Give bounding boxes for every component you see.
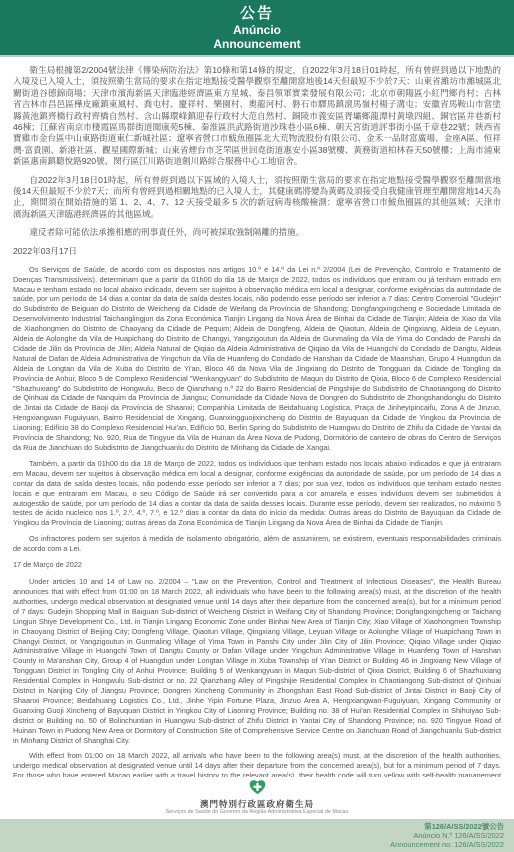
- portuguese-paragraph-3: Os infractores podem ser sujeitos à medi…: [13, 534, 501, 554]
- header-title-zh: 公告: [0, 5, 514, 23]
- announcement-number-pt: Anúncio N.º 126/A/SS/2022: [413, 831, 504, 840]
- health-bureau-logo-icon: [247, 779, 268, 798]
- chinese-date: 2022年03月17日: [13, 246, 501, 257]
- header-title-en: Announcement: [0, 37, 514, 51]
- portuguese-paragraph-2: Também, a partir da 01h00 do dia 18 de M…: [13, 459, 501, 528]
- announcement-number-zh: 第126/A/SS/2022號公告: [424, 822, 504, 831]
- portuguese-paragraph-1: Os Serviços de Saúde, de acordo com os d…: [13, 265, 501, 453]
- chinese-paragraph-3: 違反者除可能依法承擔相應的刑事責任外，尚可被採取強制隔離的措施。: [13, 227, 501, 238]
- chinese-paragraph-2: 自2022年3月18日01時起，所有曾經到過以下區域的入境人士，須按照衛生當局的…: [13, 175, 501, 221]
- announcement-number-bar: 第126/A/SS/2022號公告 Anúncio N.º 126/A/SS/2…: [0, 819, 514, 852]
- announcement-number-en: Announcement no. 126/A/SS/2022: [390, 840, 504, 849]
- announcement-body: 衛生局根據第2/2004號法律《傳染病防治法》第10條和第14條的規定，自202…: [0, 57, 514, 777]
- announcement-header: 公告 Anúncio Announcement: [0, 0, 514, 57]
- announcement-page: 公告 Anúncio Announcement 衛生局根據第2/2004號法律《…: [0, 0, 514, 852]
- chinese-paragraph-1: 衛生局根據第2/2004號法律《傳染病防治法》第10條和第14條的規定，自202…: [13, 65, 501, 168]
- health-bureau-signature: 澳門特別行政區政府衛生局 Serviços de Saúde do Govern…: [0, 777, 514, 819]
- portuguese-date: 17 de Março de 2022: [13, 560, 501, 569]
- section-english: Under articles 10 and 14 of Law no. 2/20…: [13, 577, 501, 777]
- org-name-pt: Serviços de Saúde do Governo da Região A…: [0, 809, 514, 816]
- section-portuguese: Os Serviços de Saúde, de acordo com os d…: [13, 265, 501, 569]
- header-title-pt: Anúncio: [0, 23, 514, 37]
- english-paragraph-1: Under articles 10 and 14 of Law no. 2/20…: [13, 577, 501, 745]
- section-chinese: 衛生局根據第2/2004號法律《傳染病防治法》第10條和第14條的規定，自202…: [13, 65, 501, 257]
- org-name-zh: 澳門特別行政區政府衛生局: [0, 799, 514, 809]
- english-paragraph-2: With effect from 01:00 on 18 March 2022,…: [13, 751, 501, 777]
